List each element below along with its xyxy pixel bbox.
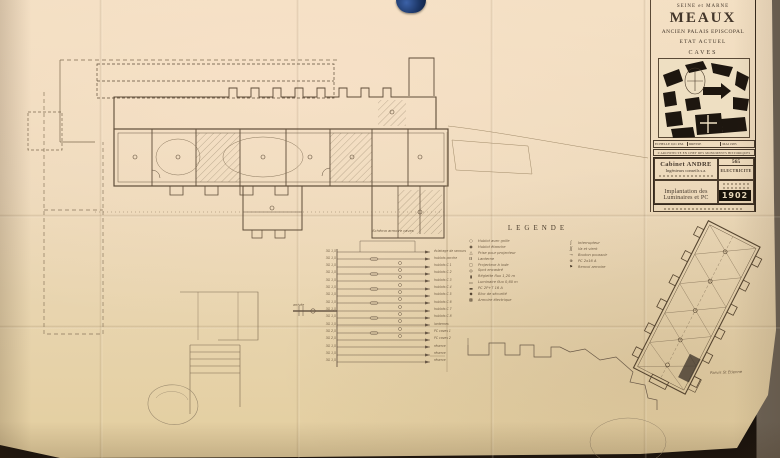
firm-name: Cabinet ANDRE — [655, 161, 717, 168]
discipline-label: ELECTRICITE — [719, 168, 753, 173]
scale-value: ECHELLE 0,01 P.M. — [654, 142, 688, 146]
tail-scribble — [664, 208, 744, 210]
circuit-cable: 3G 1,5 — [299, 351, 336, 358]
chapel-plan — [625, 218, 767, 403]
circuit-cable: 3G 1,5 — [299, 263, 336, 270]
schematic-title: Schéma armoire caves — [348, 229, 438, 233]
circuit-name: hublots C 8 — [434, 314, 496, 321]
legend-title: LEGENDE — [500, 224, 576, 232]
date-value: MAI 1985 — [721, 142, 754, 146]
legend-right-column: ʃ Interrupteur ʃʃ Va et vient ⊸ Bouton p… — [567, 240, 637, 269]
circuit-cable: 3G 2,5 — [299, 329, 336, 336]
city-title: MEAUX — [651, 10, 755, 27]
boundary-wall — [468, 338, 666, 458]
circuit-cable: 3G 1,5 — [299, 256, 336, 263]
legend-symbol-icon: ⊕ — [567, 258, 575, 263]
legend-symbol-icon: ʃʃ — [567, 246, 575, 251]
firm-cell: Cabinet ANDRE Ingénieurs conseils s.a. — [654, 158, 718, 180]
region-label: SEINE et MARNE — [651, 4, 755, 9]
revision-scribble — [723, 187, 749, 189]
legend-symbol-icon: ⊸ — [567, 252, 575, 257]
scale-mid: DRESSE — [688, 142, 722, 146]
circuit-cable: 3G 1,5 — [299, 278, 336, 285]
scale-bar: ECHELLE 0,01 P.M. DRESSE MAI 1985 — [653, 140, 755, 148]
number-cell: 565 ELECTRICITE — [718, 158, 754, 180]
stamp-cell: 1902 — [718, 180, 754, 204]
circuit-cable: 3G 2,5 — [299, 336, 336, 343]
legend-symbol-icon: ʃ — [567, 240, 575, 245]
circuit-name: hublots C 2 — [434, 270, 496, 277]
circuit-cable: 3G 1,5 — [299, 270, 336, 277]
monument-label: ANCIEN PALAIS EPISCOPAL — [651, 29, 755, 35]
circuit-cable: 3G 1,5 — [299, 307, 336, 314]
archive-stamp: 1902 — [719, 190, 751, 201]
circuit-name: hublots C 6 — [434, 300, 496, 307]
circuit-cable: 3G 1,5 — [299, 249, 336, 256]
legend-label: Va et vient — [578, 247, 597, 251]
legend-label: Hublot avec grille — [478, 239, 510, 243]
location-map-inset — [658, 58, 750, 138]
circuit-name: réserve — [434, 358, 496, 365]
circuit-name: éclairage de secours — [434, 249, 496, 256]
circuit-name: hublots C 1 — [434, 263, 496, 270]
tail-row — [653, 205, 755, 212]
circuit-name: hublots porche — [434, 256, 496, 263]
drawing-title-cell: Implantation des Luminaires et PC — [654, 180, 718, 204]
circuit-name: hublots C 5 — [434, 292, 496, 299]
circuit-cable: 3G 1,5 — [299, 314, 336, 321]
circuit-cable: 3G 1,5 — [299, 285, 336, 292]
firm-subtitle: Ingénieurs conseils s.a. — [655, 168, 717, 173]
circuit-cable: 3G 1,5 — [299, 344, 336, 351]
legend-label: Interrupteur — [578, 241, 600, 245]
legend-label: PC 2x16 A — [578, 259, 596, 263]
legend-item: ⚑ Renvoi armoire — [567, 264, 637, 270]
circuit-name: hublots C 3 — [434, 278, 496, 285]
circuit-name: réserve — [434, 344, 496, 351]
legend-symbol-icon: ○ — [467, 238, 475, 243]
city-map — [659, 59, 751, 139]
circuit-cable: 3G 1,5 — [299, 322, 336, 329]
circuit-name: PC caves 1 — [434, 329, 496, 336]
circuit-cable: 3G 1,5 — [299, 300, 336, 307]
circuit-name: hublots C 4 — [434, 285, 496, 292]
level-label: CAVES — [651, 50, 755, 56]
legend-label: Renvoi armoire — [578, 265, 606, 269]
circuit-name: hublots C 7 — [434, 307, 496, 314]
garden-fragment — [148, 292, 258, 425]
revision-scribble — [723, 183, 749, 185]
title-block: SEINE et MARNE MEAUX ANCIEN PALAIS EPISC… — [650, 0, 756, 212]
state-label: ETAT ACTUEL — [651, 39, 755, 45]
photo-of-plan: SEINE et MARNE MEAUX ANCIEN PALAIS EPISC… — [0, 0, 780, 458]
legend-symbol-icon: ⚑ — [567, 264, 575, 269]
legend-label: Bouton poussoir — [578, 253, 607, 257]
firm-table: Cabinet ANDRE Ingénieurs conseils s.a. 5… — [653, 157, 755, 205]
sheet-number: 565 — [719, 159, 753, 166]
firm-address-scribble — [659, 175, 713, 177]
circuit-name: lanternes — [434, 322, 496, 329]
circuit-name: PC caves 2 — [434, 336, 496, 343]
circuit-name: réserve — [434, 351, 496, 358]
circuit-cable: 3G 1,5 — [299, 292, 336, 299]
drawing-title: Implantation des Luminaires et PC — [655, 189, 717, 201]
architect-row: L'ARCHITECTE EN CHEF DES MONUMENTS HISTO… — [653, 149, 755, 156]
circuit-cable: 3G 1,5 — [299, 358, 336, 365]
circuit-cable-column: 3G 1,53G 1,53G 1,53G 1,53G 1,53G 1,53G 1… — [299, 249, 336, 366]
circuit-name-column: éclairage de secourshublots porchehublot… — [434, 249, 496, 366]
